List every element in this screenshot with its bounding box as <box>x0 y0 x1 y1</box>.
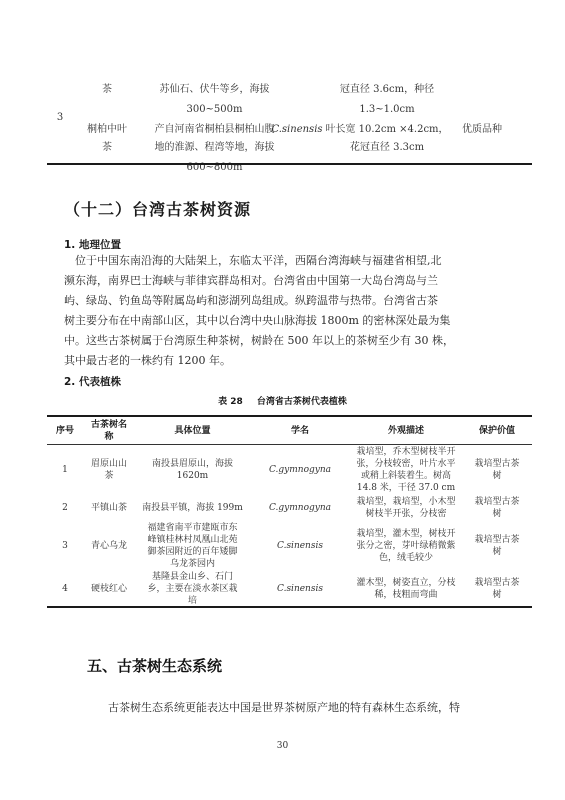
table-row-4-index: 4 <box>47 571 83 606</box>
table-row-2-location: 南投县平镇，海拔 199m <box>135 495 250 521</box>
paragraph-line: 中。这些古茶树属于台湾原生种茶树，树龄在 500 年以上的茶树至少有 30 株， <box>64 331 504 351</box>
paragraph-line: 其中最古老的一株约有 1200 年。 <box>64 351 504 371</box>
prev-row-location-line-2: 300~500m <box>127 100 302 120</box>
row-name-line-1: 桐柏中叶 <box>82 120 132 140</box>
subsection-heading-representative: 2. 代表植株 <box>64 374 121 389</box>
row-protection-value: 优质品种 <box>437 120 527 140</box>
paragraph-location: 位于中国东南沿海的大陆架上，东临太平洋，西隔台湾海峡与福建省相望,北 濒东海，南… <box>64 251 504 371</box>
row-location-line-3: 600~800m <box>127 158 302 178</box>
table-row-2-appearance: 栽培型，栽培型，小木型树枝半开张，分枝密 <box>350 495 462 521</box>
section-5-paragraph: 古茶树生态系统更能表达中国是世界茶树原产地的特有森林生态系统，特 <box>108 698 528 718</box>
section-5-heading: 五、古茶树生态系统 <box>87 655 222 676</box>
paragraph-line: 位于中国东南沿海的大陆架上，东临太平洋，西隔台湾海峡与福建省相望,北 <box>64 251 504 271</box>
row-location-line-2: 地的淮源、程湾等地，海拔 <box>127 138 302 158</box>
header-location: 具体位置 <box>135 417 250 444</box>
page-number: 30 <box>0 741 565 751</box>
table-caption: 表 28台湾省古茶树代表植株 <box>0 394 565 407</box>
header-appearance: 外观描述 <box>350 417 462 444</box>
table-row-1-scientific-name: C.gymnogyna <box>250 445 350 495</box>
table-row-1-protection-value: 栽培型古茶树 <box>462 445 532 495</box>
row-index: 3 <box>53 108 67 128</box>
table-row-2-name: 平镇山茶 <box>83 495 135 521</box>
table-row-2-protection-value: 栽培型古茶树 <box>462 495 532 521</box>
table-28: 序号 古茶树名 称 具体位置 学名 外观描述 保护价值 1 眉原山山茶 南投县眉… <box>47 415 532 608</box>
table-caption-title: 台湾省古茶树代表植株 <box>257 397 347 407</box>
header-protection-value: 保护价值 <box>462 417 532 444</box>
table-row-2-index: 2 <box>47 495 83 521</box>
table-row-3-appearance: 栽培型，灌木型，树枝开张分之密，芽叶绿稍微紫色，绒毛较少 <box>350 521 462 571</box>
table-row-1-appearance: 栽培型，乔木型树枝半开张，分枝较密，叶片水平或稍上斜装着生。树高14.8 米，干… <box>350 445 462 495</box>
table-row-3-scientific-name: C.sinensis <box>250 521 350 571</box>
table-row-1-index: 1 <box>47 445 83 495</box>
row-name-line-2: 茶 <box>82 138 132 158</box>
table-row-2-scientific-name: C.gymnogyna <box>250 495 350 521</box>
prev-row-appearance-line-1: 冠直径 3.6cm，种径 <box>317 80 457 100</box>
paragraph-line: 树主要分布在中南部山区，其中以台湾中央山脉海拔 1800m 的密林深处最为集 <box>64 311 504 331</box>
document-page: 茶 苏仙石、伏牛等乡，海拔 300~500m 冠直径 3.6cm，种径 1.3~… <box>0 0 565 800</box>
paragraph-line: 濒东海，南界巴士海峡与菲律宾群岛相对。台湾省由中国第一大岛台湾岛与兰 <box>64 271 504 291</box>
paragraph-line: 古茶树生态系统更能表达中国是世界茶树原产地的特有森林生态系统，特 <box>108 698 528 718</box>
table-row-1-location: 南投县眉原山，海拔1620m <box>135 445 250 495</box>
table-bottom-rule <box>47 163 532 165</box>
table-row-3-name: 青心乌龙 <box>83 521 135 571</box>
table-row-1-name: 眉原山山茶 <box>83 445 135 495</box>
prev-row-name-tail: 茶 <box>87 80 127 100</box>
section-heading: （十二）台湾古茶树资源 <box>64 197 251 220</box>
table-row-4-appearance: 灌木型，树姿直立，分枝稀，枝粗而弯曲 <box>350 571 462 606</box>
table-row-3-protection-value: 栽培型古茶树 <box>462 521 532 571</box>
table-row-3-index: 3 <box>47 521 83 571</box>
header-name: 古茶树名 称 <box>83 417 135 444</box>
header-scientific-name: 学名 <box>250 417 350 444</box>
continued-table: 茶 苏仙石、伏牛等乡，海拔 300~500m 冠直径 3.6cm，种径 1.3~… <box>47 80 532 164</box>
row-appearance-line-2: 花冠直径 3.3cm <box>317 138 457 158</box>
subsection-heading-location: 1. 地理位置 <box>64 237 121 252</box>
table-caption-number: 表 28 <box>218 397 243 407</box>
row-appearance-line-1: 叶长宽 10.2cm ×4.2cm， <box>317 120 457 140</box>
table-row-4-scientific-name: C.sinensis <box>250 571 350 606</box>
table-row-4-protection-value: 栽培型古茶树 <box>462 571 532 606</box>
paragraph-line: 屿、绿岛、钓鱼岛等附属岛屿和澎湖列岛组成。纵跨温带与热带。台湾省古茶 <box>64 291 504 311</box>
prev-row-appearance-line-2: 1.3~1.0cm <box>317 100 457 120</box>
table-row-4-location: 基隆县金山乡、石门乡，主要在淡水茶区栽培 <box>135 571 250 606</box>
table-row-3-location: 福建省南平市建瓯市东峰镇桂林村凤凰山北苑御茶园附近的百年矮脚乌龙茶园内 <box>135 521 250 571</box>
header-index: 序号 <box>47 417 83 444</box>
table-bottom-rule <box>47 606 532 608</box>
prev-row-location-line-1: 苏仙石、伏牛等乡，海拔 <box>127 80 302 100</box>
table-row-4-name: 硬枝红心 <box>83 571 135 606</box>
